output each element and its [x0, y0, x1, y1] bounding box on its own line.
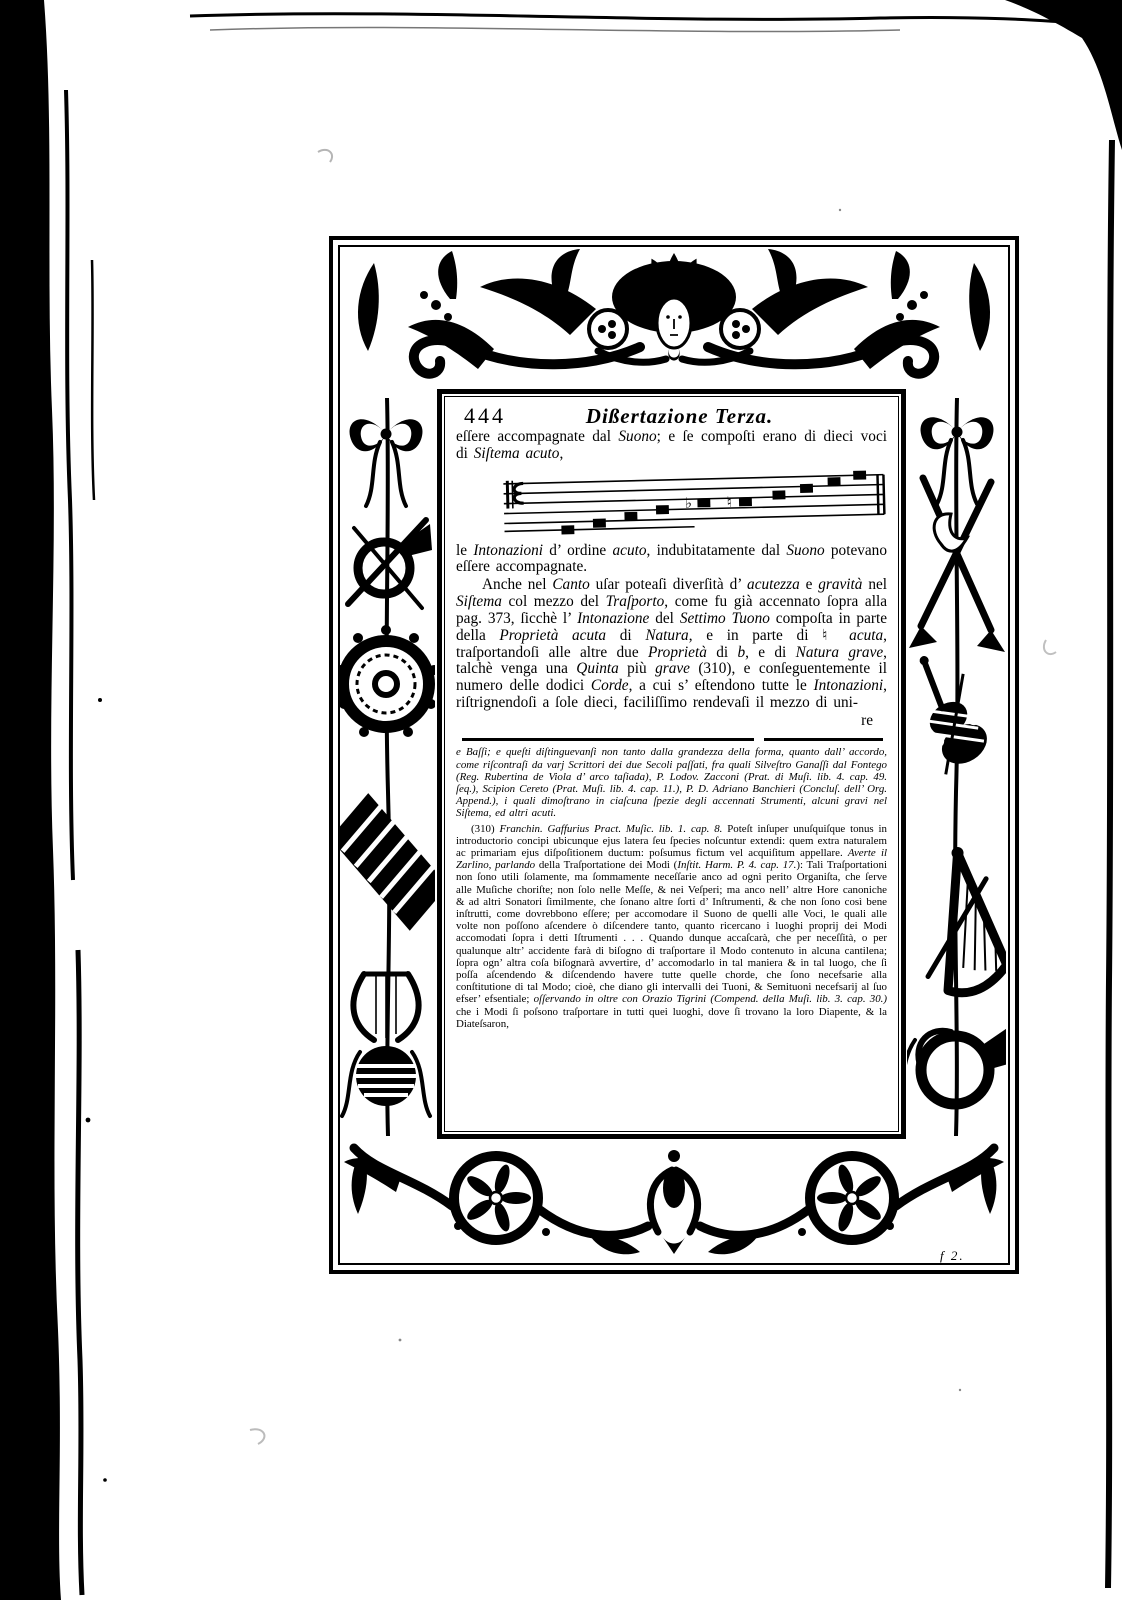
scanned-book-page: 444 Dißertazione Terza. eſſere accompagn… — [0, 0, 1122, 1600]
signature-mark: f 2. — [940, 1248, 965, 1264]
top-border-ornament — [340, 247, 1008, 387]
staff-lines — [503, 474, 884, 531]
text-block-frame: 444 Dißertazione Terza. eſſere accompagn… — [437, 389, 906, 1139]
staff-notes: ♭♮ — [560, 470, 867, 534]
text-block: 444 Dißertazione Terza. eſſere accompagn… — [444, 396, 899, 1132]
body-text: eſſere accompagnate dal Suono; e ſe comp… — [456, 429, 887, 729]
ribbon-spine — [387, 398, 390, 1136]
french-horn-icon — [348, 520, 432, 608]
running-header: 444 Dißertazione Terza. — [456, 403, 887, 429]
svg-text:♮: ♮ — [726, 493, 732, 511]
paragraph-1: eſſere accompagnate dal Suono; e ſe comp… — [456, 429, 887, 463]
paragraph-3: Anche nel Canto uſar poteaſi diverſità d… — [456, 577, 887, 712]
page-title: Dißertazione Terza. — [506, 404, 887, 429]
footnote-310: (310) Franchin. Gaffurius Pract. Muſic. … — [456, 823, 887, 1030]
footnote-separator — [458, 738, 885, 741]
svg-text:♭: ♭ — [685, 494, 692, 512]
paragraph-2: le Intonazioni d’ ordine acuto, indubita… — [456, 543, 887, 577]
palmette-ornament — [650, 1150, 697, 1254]
catchword: re — [456, 712, 887, 730]
music-staff: ♭♮ — [495, 465, 893, 543]
footnote-continuation: e Baſſi; e queſti diſtinguevanſi non tan… — [456, 746, 887, 819]
tambourine-icon — [338, 625, 435, 737]
mask-ornament — [589, 253, 759, 361]
right-border-ornament — [907, 392, 1006, 1136]
flower-wreath — [344, 1148, 648, 1254]
panpipes-icon — [338, 788, 435, 955]
page-number: 444 — [464, 403, 506, 429]
bottom-border-ornament — [340, 1140, 1008, 1268]
ribbon-spine — [955, 398, 957, 1136]
left-border-ornament — [338, 392, 435, 1136]
